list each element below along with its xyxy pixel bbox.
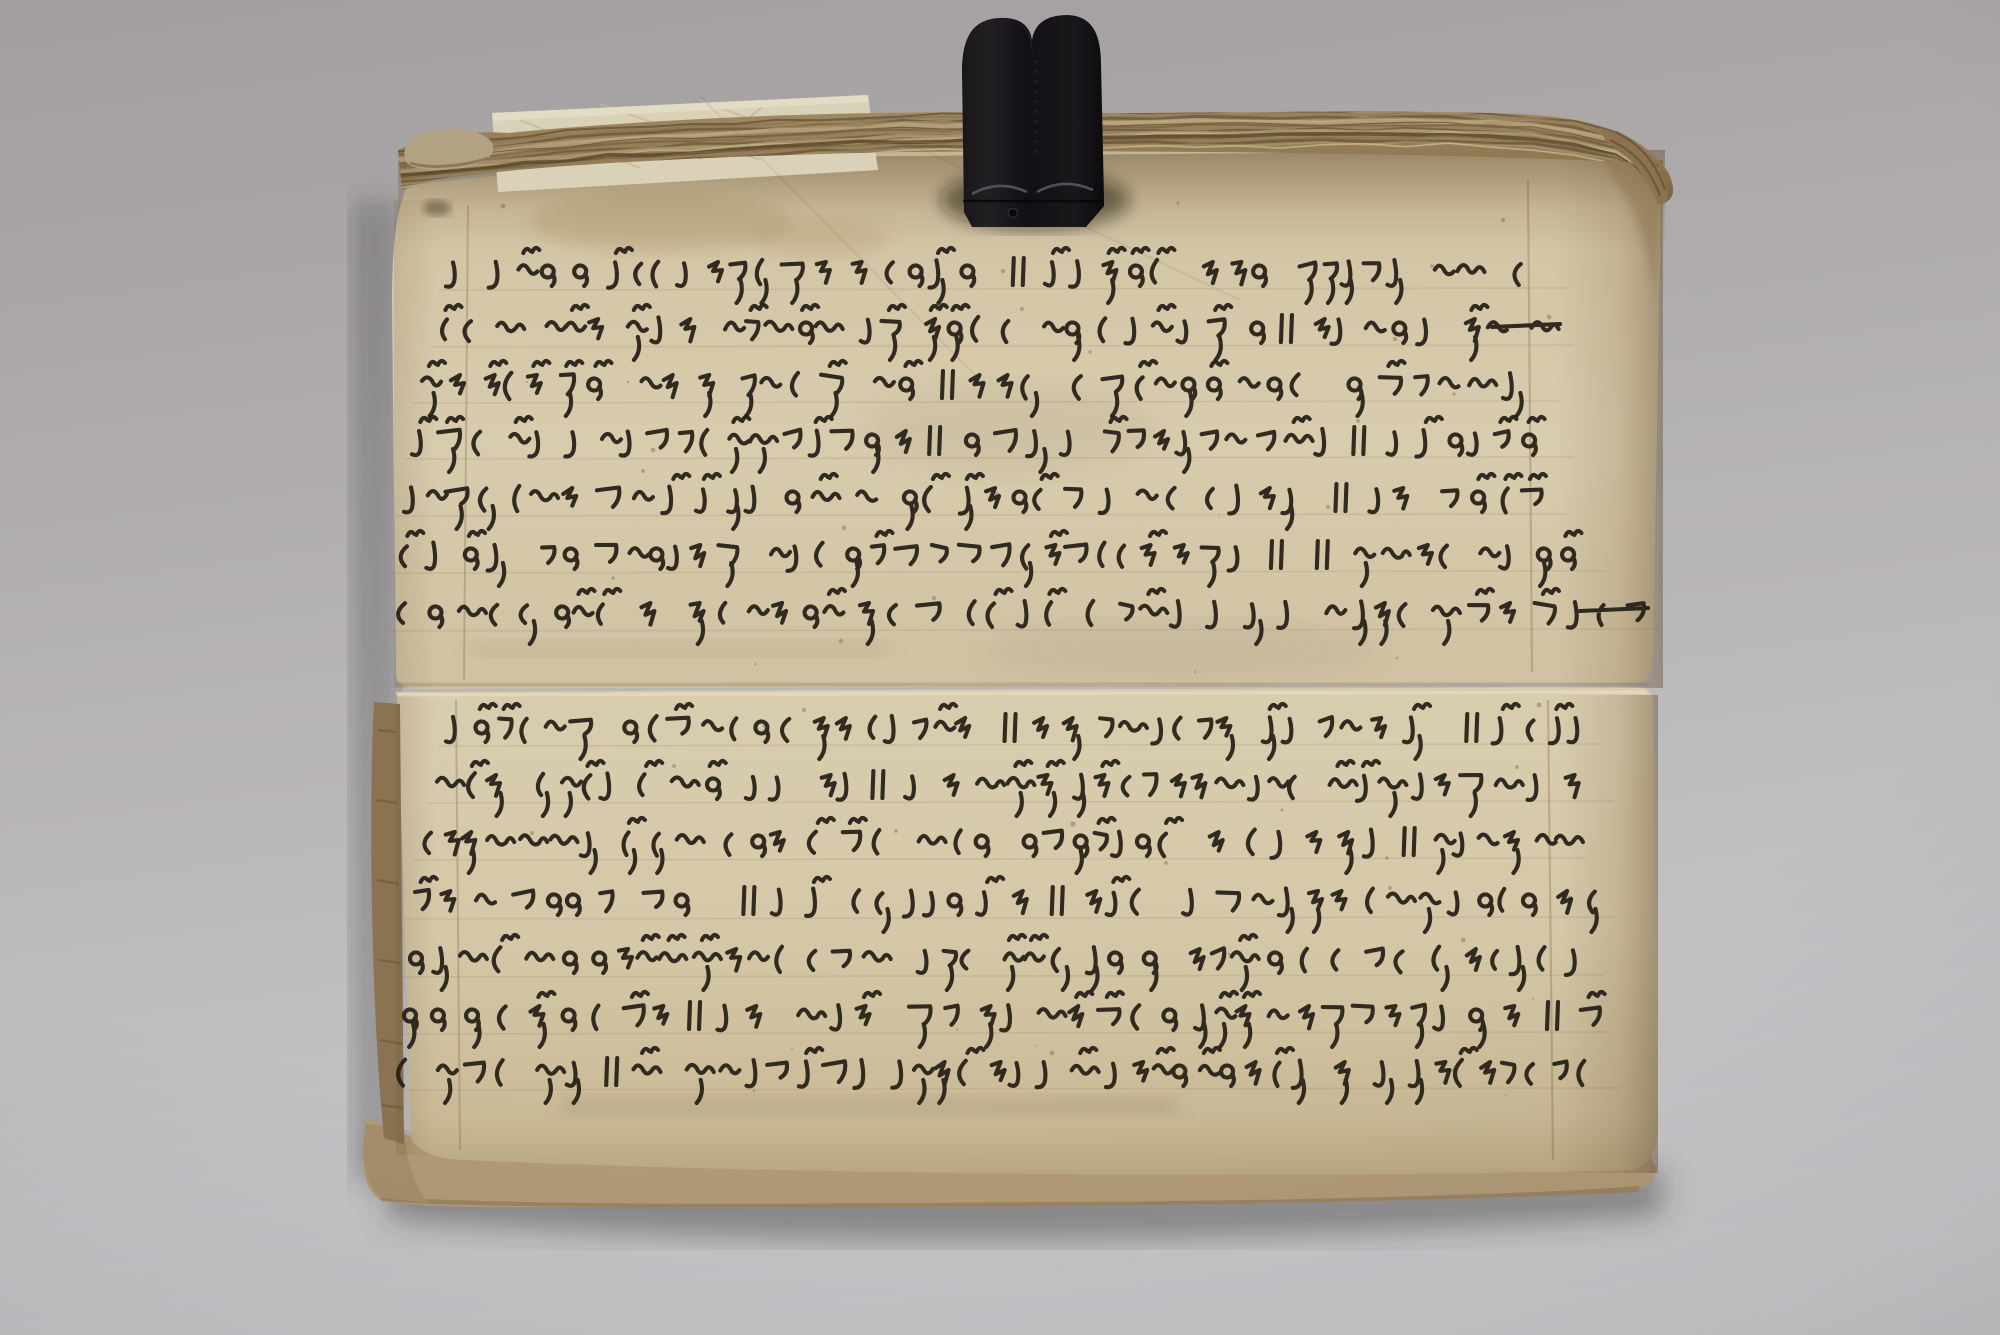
battery-page-weight <box>940 15 1130 230</box>
manuscript-photograph <box>0 0 2000 1335</box>
battery-contact-dot <box>1009 209 1018 218</box>
photo-canvas <box>0 0 2000 1335</box>
battery-body <box>962 15 1104 227</box>
